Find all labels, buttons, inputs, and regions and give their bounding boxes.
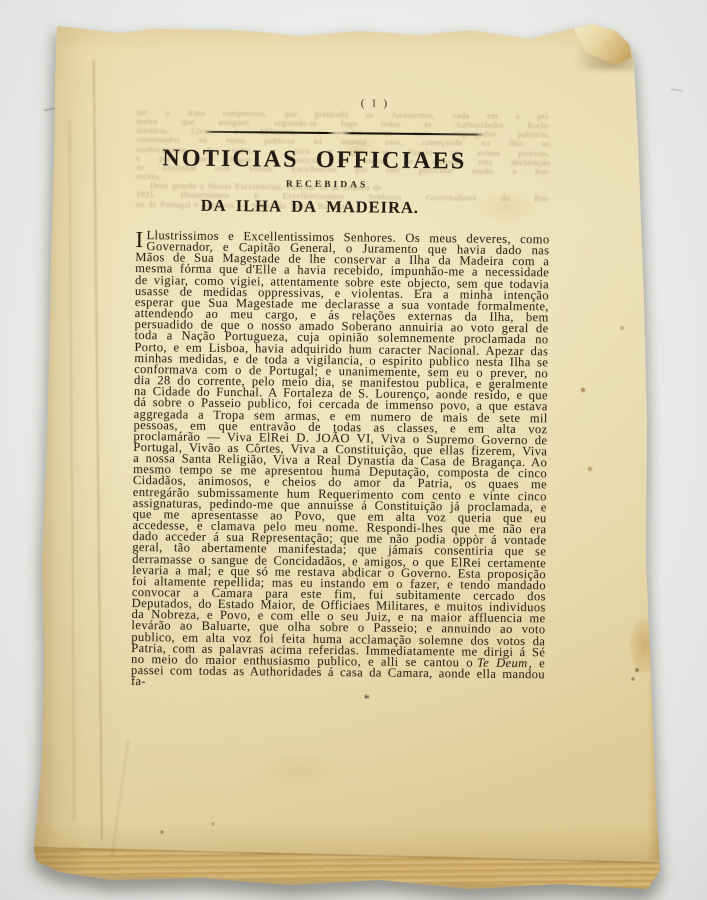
paper-crease <box>110 740 131 859</box>
signature-asterisk: * <box>160 690 574 709</box>
spine-crease <box>92 60 104 840</box>
document-page: zer o Auto competente, que praticado os … <box>0 0 707 900</box>
page-title: NOTICIAS OFFICIAES <box>107 145 521 176</box>
body-text: ILlustrissimos e Excellentissimos Senhor… <box>131 230 550 692</box>
pamphlet: zer o Auto competente, que praticado os … <box>0 0 707 900</box>
body-text-part1: Llustrissimos e Excellentissimos Senhore… <box>131 228 550 669</box>
drop-cap: I <box>135 230 146 248</box>
page-right-edge <box>646 60 668 860</box>
photo-background: zer o Auto competente, que praticado os … <box>0 0 707 900</box>
printed-content: zer o Auto competente, que praticado os … <box>131 95 551 709</box>
section-title: DA ILHA DA MADEIRA. <box>103 195 517 219</box>
page-stack-edge <box>29 847 663 888</box>
spine-crease <box>68 120 77 820</box>
